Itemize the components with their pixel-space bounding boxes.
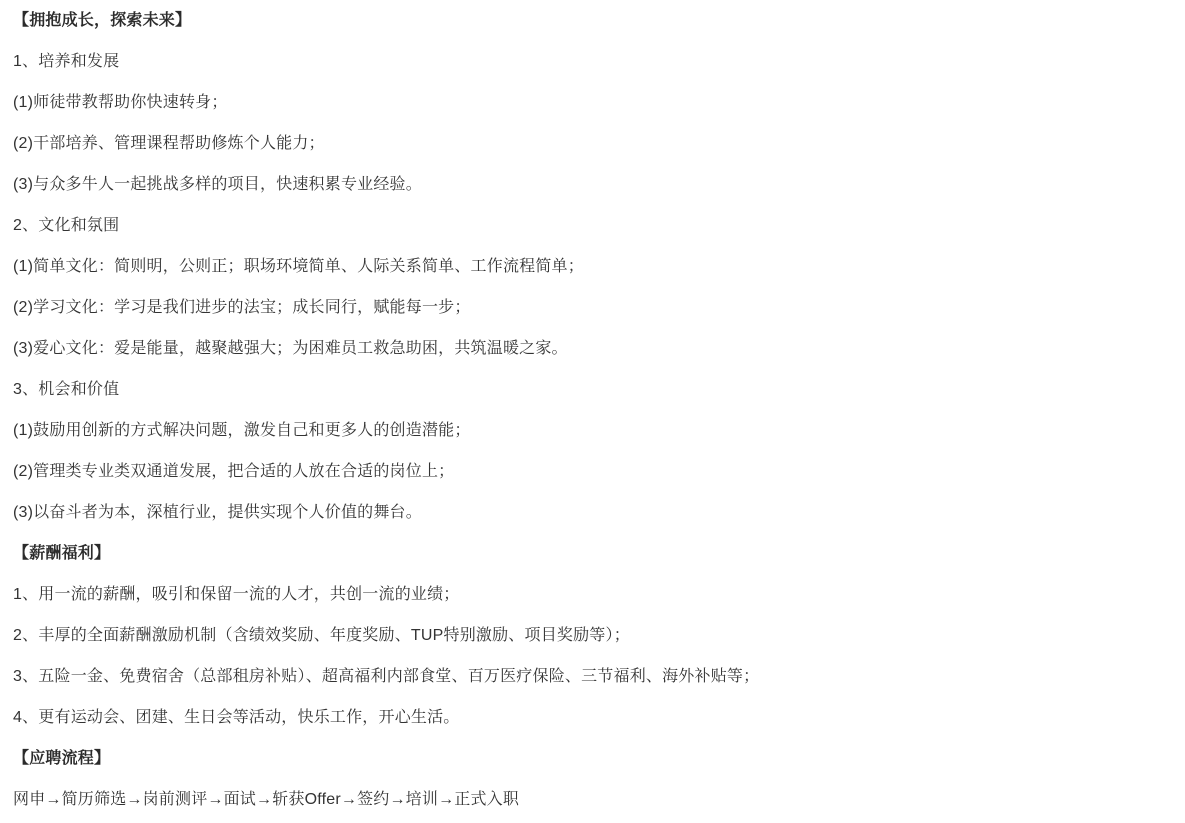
paragraph: 2、丰厚的全面薪酬激励机制（含绩效奖励、年度奖励、TUP特别激励、项目奖励等）； (13, 615, 1165, 656)
paragraph: (1)鼓励用创新的方式解决问题，激发自己和更多人的创造潜能； (13, 410, 1165, 451)
paragraph: (1)简单文化：简则明，公则正；职场环境简单、人际关系简单、工作流程简单； (13, 246, 1165, 287)
paragraph: (3)与众多牛人一起挑战多样的项目，快速积累专业经验。 (13, 164, 1165, 205)
paragraph: (3)以奋斗者为本，深植行业，提供实现个人价值的舞台。 (13, 492, 1165, 533)
section-heading: 【薪酬福利】 (13, 533, 1165, 574)
job-description-content: 【拥抱成长，探索未来】 1、培养和发展 (1)师徒带教帮助你快速转身； (2)干… (0, 0, 1185, 823)
paragraph: 3、五险一金、免费宿舍（总部租房补贴）、超高福利内部食堂、百万医疗保险、三节福利… (13, 656, 1165, 697)
paragraph: 1、培养和发展 (13, 41, 1165, 82)
paragraph: 4、更有运动会、团建、生日会等活动，快乐工作，开心生活。 (13, 697, 1165, 738)
paragraph: (2)管理类专业类双通道发展，把合适的人放在合适的岗位上； (13, 451, 1165, 492)
paragraph: 2、文化和氛围 (13, 205, 1165, 246)
section-heading: 【应聘流程】 (13, 738, 1165, 779)
section-compensation-benefits: 【薪酬福利】 1、用一流的薪酬，吸引和保留一流的人才，共创一流的业绩； 2、丰厚… (13, 533, 1165, 738)
section-application-process: 【应聘流程】 网申→简历筛选→岗前测评→面试→斩获Offer→签约→培训→正式入… (13, 738, 1165, 820)
application-process-flow: 网申→简历筛选→岗前测评→面试→斩获Offer→签约→培训→正式入职 (13, 779, 1165, 820)
paragraph: 3、机会和价值 (13, 369, 1165, 410)
paragraph: 1、用一流的薪酬，吸引和保留一流的人才，共创一流的业绩； (13, 574, 1165, 615)
section-growth: 【拥抱成长，探索未来】 1、培养和发展 (1)师徒带教帮助你快速转身； (2)干… (13, 0, 1165, 533)
paragraph: (2)干部培养、管理课程帮助修炼个人能力； (13, 123, 1165, 164)
paragraph: (1)师徒带教帮助你快速转身； (13, 82, 1165, 123)
paragraph: (2)学习文化：学习是我们进步的法宝；成长同行，赋能每一步； (13, 287, 1165, 328)
section-heading: 【拥抱成长，探索未来】 (13, 0, 1165, 41)
paragraph: (3)爱心文化：爱是能量，越聚越强大；为困难员工救急助困，共筑温暖之家。 (13, 328, 1165, 369)
